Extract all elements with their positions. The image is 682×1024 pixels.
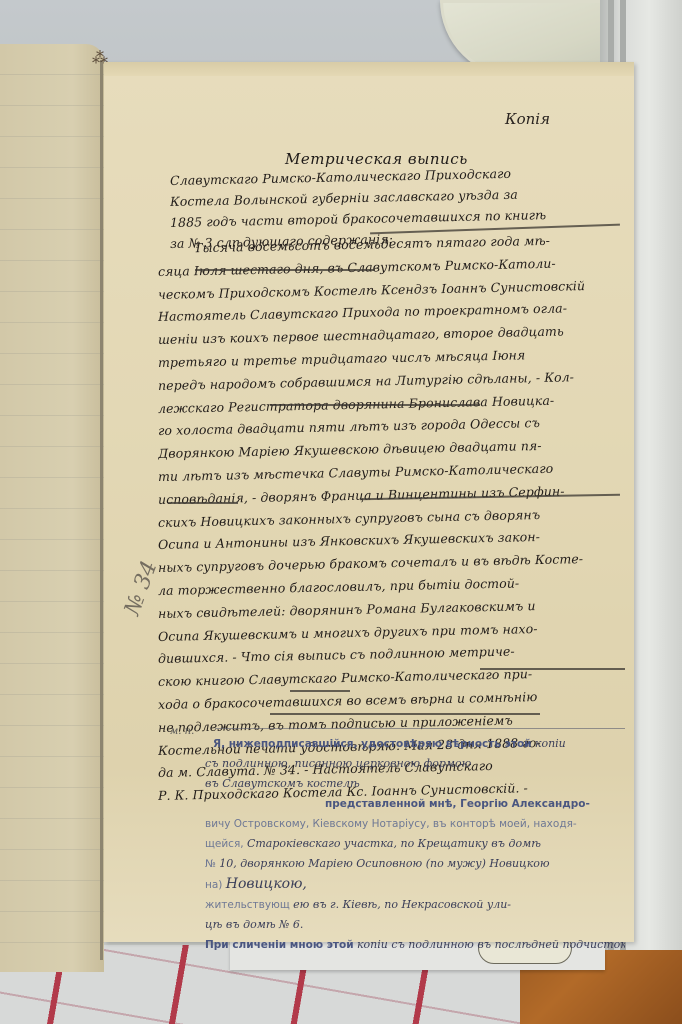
cert-line: въ Славутскомъ костелѣ bbox=[205, 774, 625, 794]
cert-line: Я, нижеподписавшійся, удостовѣряю вѣрнос… bbox=[205, 734, 625, 754]
cert-line: съ подлинною, писанною церковною формою bbox=[205, 754, 625, 774]
cert-line: щейся, Старокіевскаго участка, по Крещат… bbox=[205, 834, 625, 854]
underline bbox=[168, 502, 238, 504]
cert-line: При сличеніи мною этой копіи съ подлинно… bbox=[205, 935, 625, 955]
ruled-lines bbox=[0, 44, 104, 972]
cert-line: представленной мнѣ, Георгію Александро- bbox=[205, 794, 625, 814]
copy-label: Копія bbox=[505, 110, 550, 128]
underline bbox=[195, 269, 375, 271]
cert-line: № 10, дворянкою Маріею Осиповною (по муж… bbox=[205, 854, 625, 874]
document-body: Тысяча восемьсотъ восемьдесятъ пятаго го… bbox=[158, 238, 628, 808]
cert-line: на) Новицкою, bbox=[205, 874, 625, 895]
binding-spine bbox=[100, 60, 103, 960]
separator-rule bbox=[215, 728, 625, 729]
cert-line: вичу Островскому, Кіевскому Нотаріусу, в… bbox=[205, 814, 625, 834]
underline bbox=[480, 668, 625, 670]
underline bbox=[270, 713, 540, 715]
left-page bbox=[0, 44, 104, 972]
cert-line: жительствующ ею въ г. Кіевѣ, по Некрасов… bbox=[205, 895, 625, 915]
underline bbox=[270, 404, 480, 406]
cert-line: цѣ въ домѣ № 6. bbox=[205, 915, 625, 935]
underline bbox=[290, 690, 350, 692]
seal-place-mark: м. п. bbox=[170, 726, 194, 737]
notary-certification: Я, нижеподписавшійся, удостовѣряю вѣрнос… bbox=[205, 734, 625, 955]
page-edge bbox=[104, 62, 634, 76]
